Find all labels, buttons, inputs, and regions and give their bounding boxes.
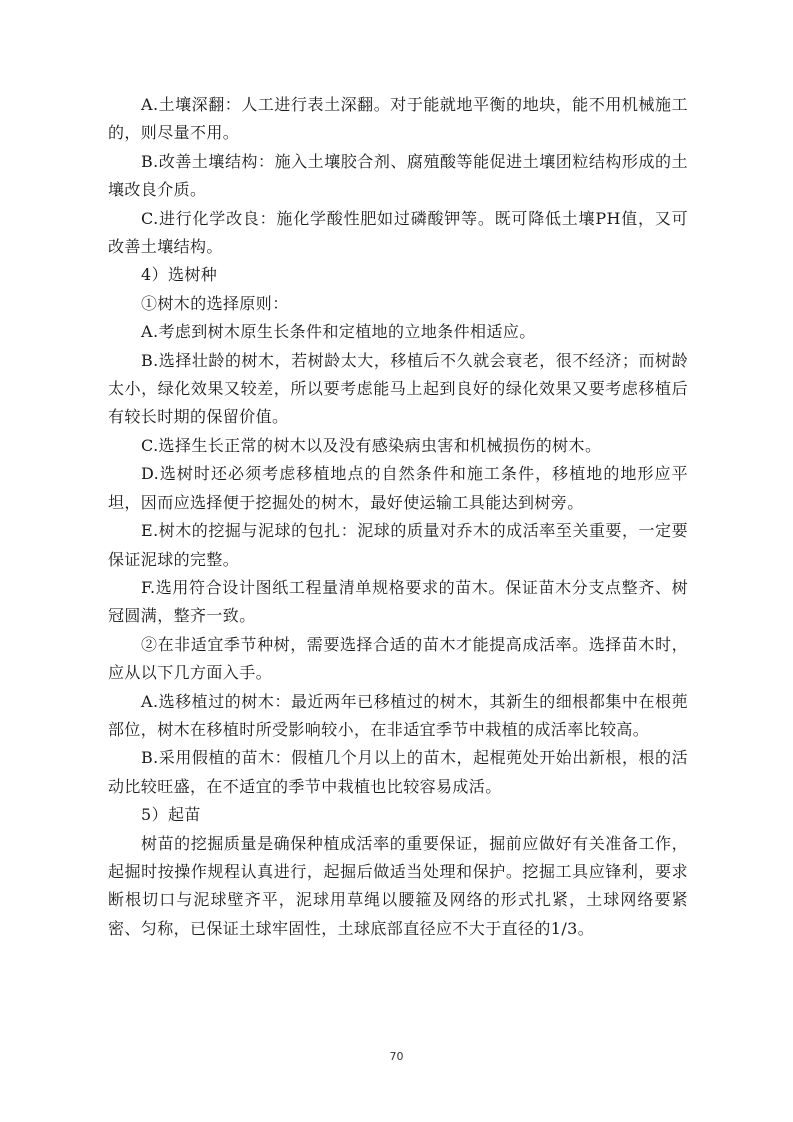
paragraph-principle-a: A.考虑到树木原生长条件和定植地的立地条件相适应。: [108, 318, 688, 346]
paragraph-chemical-improvement: C.进行化学改良：施化学酸性肥如过磷酸钾等。既可降低土壤PH值，又可改善土壤结构…: [108, 205, 688, 262]
paragraph-principle-d: D.选树时还必须考虑移植地点的自然条件和施工条件，移植地的地形应平坦，因而应选择…: [108, 460, 688, 517]
paragraph-improve-soil-structure: B.改善土壤结构：施入土壤胶合剂、腐殖酸等能促进土壤团粒结构形成的土壤改良介质。: [108, 148, 688, 205]
document-body: A.土壤深翻：人工进行表土深翻。对于能就地平衡的地块，能不用机械施工的，则尽量不…: [108, 91, 688, 943]
paragraph-principle-c: C.选择生长正常的树木以及没有感染病虫害和机械损伤的树木。: [108, 432, 688, 460]
paragraph-transplanted-trees: A.选移植过的树木：最近两年已移植过的树木，其新生的细根都集中在根蔸部位，树木在…: [108, 688, 688, 745]
paragraph-principle-b: B.选择壮龄的树木，若树龄太大，移植后不久就会衰老，很不经济；而树龄太小，绿化效…: [108, 347, 688, 432]
page-number: 70: [0, 1050, 793, 1063]
paragraph-soil-deep-tilling: A.土壤深翻：人工进行表土深翻。对于能就地平衡的地块，能不用机械施工的，则尽量不…: [108, 91, 688, 148]
subheading-selection-principles: ①树木的选择原则：: [108, 290, 688, 318]
paragraph-principle-f: F.选用符合设计图纸工程量清单规格要求的苗木。保证苗木分支点整齐、树冠圆满，整齐…: [108, 574, 688, 631]
paragraph-lifting-procedure: 树苗的挖掘质量是确保种植成活率的重要保证，掘前应做好有关准备工作，起掘时按操作规…: [108, 830, 688, 944]
paragraph-principle-e: E.树木的挖掘与泥球的包扎：泥球的质量对乔木的成活率至关重要，一定要保证泥球的完…: [108, 517, 688, 574]
subheading-off-season-planting: ②在非适宜季节种树，需要选择合适的苗木才能提高成活率。选择苗木时，应从以下几方面…: [108, 631, 688, 688]
section-heading-lifting-seedlings: 5）起苗: [108, 801, 688, 829]
section-heading-select-species: 4）选树种: [108, 261, 688, 289]
paragraph-heeled-in-seedlings: B.采用假植的苗木：假植几个月以上的苗木，起棍蔸处开始出新根，根的活动比较旺盛，…: [108, 744, 688, 801]
